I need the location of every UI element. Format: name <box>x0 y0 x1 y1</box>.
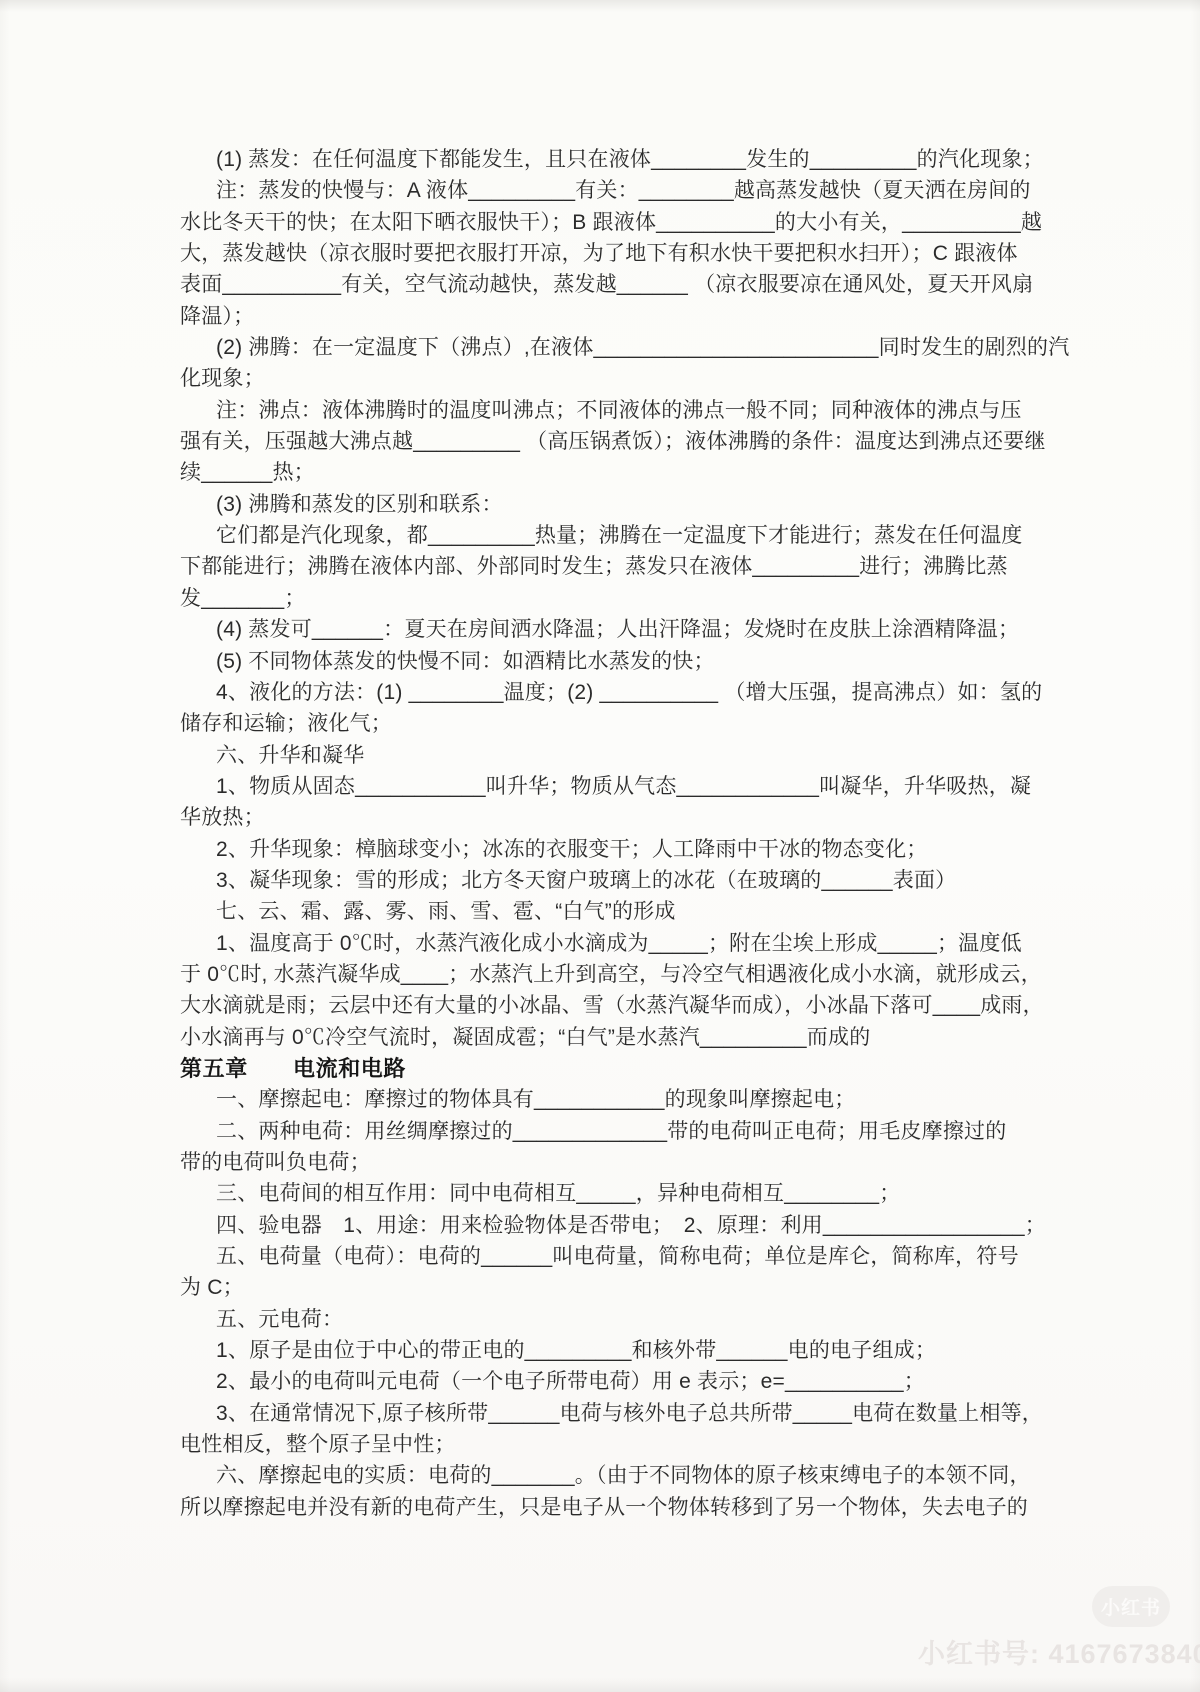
text-line: 三、电荷间的相互作用：同中电荷相互_____，异种电荷相互________； <box>180 1178 1030 1209</box>
text-line: 五、电荷量（电荷）：电荷的______叫电荷量，简称电荷；单位是库仑，简称库，符… <box>180 1241 1030 1272</box>
text-line: 所以摩擦起电并没有新的电荷产生，只是电子从一个物体转移到了另一个物体，失去电子的 <box>180 1492 1030 1523</box>
text-line: 3、在通常情况下,原子核所带______电荷与核外电子总共所带_____电荷在数… <box>180 1398 1030 1429</box>
xiaohongshu-id-watermark: 小红书号: 4167673840 <box>918 1632 1200 1671</box>
xiaohongshu-badge-label: 小红书 <box>1101 1593 1161 1620</box>
text-line: 表面__________有关，空气流动越快，蒸发越______ （凉衣服要凉在通… <box>180 269 1030 300</box>
text-line: 下都能进行；沸腾在液体内部、外部同时发生；蒸发只在液体_________进行；沸… <box>180 551 1030 582</box>
text-line: 注：蒸发的快慢与：A 液体_________有关：________越高蒸发越快（… <box>180 175 1030 206</box>
text-line: 四、验电器 1、用途：用来检验物体是否带电； 2、原理：利用__________… <box>180 1210 1030 1241</box>
text-line: 化现象； <box>180 363 1030 394</box>
text-line: 水比冬天干的快；在太阳下晒衣服快干）；B 跟液体__________的大小有关，… <box>180 207 1030 238</box>
text-line: 为 C； <box>180 1272 1030 1303</box>
text-line: 于 0℃时, 水蒸汽凝华成____；水蒸汽上升到高空，与冷空气相遇液化成小水滴，… <box>180 959 1030 990</box>
text-line: 1、物质从固态___________叫升华；物质从气态____________叫… <box>180 771 1030 802</box>
text-line: 华放热； <box>180 802 1030 833</box>
chapter-heading: 第五章 电流和电路 <box>180 1053 1030 1084</box>
text-line: 1、原子是由位于中心的带正电的_________和核外带______电的电子组成… <box>180 1335 1030 1366</box>
text-line: 五、元电荷： <box>180 1304 1030 1335</box>
text-line: 强有关，压强越大沸点越_________ （高压锅煮饭）；液体沸腾的条件：温度达… <box>180 426 1030 457</box>
text-line: 七、云、霜、露、雾、雨、雪、雹、“白气”的形成 <box>180 896 1030 927</box>
text-line: 小水滴再与 0℃冷空气流时，凝固成雹；“白气”是水蒸汽_________而成的 <box>180 1022 1030 1053</box>
text-line: 它们都是汽化现象，都_________热量；沸腾在一定温度下才能进行；蒸发在任何… <box>180 520 1030 551</box>
text-line: (2) 沸腾：在一定温度下（沸点）,在液体___________________… <box>180 332 1030 363</box>
text-line: 1、温度高于 0℃时，水蒸汽液化成小水滴成为_____；附在尘埃上形成_____… <box>180 928 1030 959</box>
text-line: 3、凝华现象：雪的形成；北方冬天窗户玻璃上的冰花（在玻璃的______表面） <box>180 865 1030 896</box>
xiaohongshu-badge: 小红书 <box>1092 1586 1170 1627</box>
text-line: 储存和运输；液化气； <box>180 708 1030 739</box>
text-line: 一、摩擦起电：摩擦过的物体具有___________的现象叫摩擦起电； <box>180 1084 1030 1115</box>
text-line: 降温）； <box>180 301 1030 332</box>
text-line: 注：沸点：液体沸腾时的温度叫沸点；不同液体的沸点一般不同；同种液体的沸点与压 <box>180 395 1030 426</box>
text-line: (1) 蒸发：在任何温度下都能发生，且只在液体________发生的______… <box>180 144 1030 175</box>
document-page: (1) 蒸发：在任何温度下都能发生，且只在液体________发生的______… <box>0 0 1200 1692</box>
text-line: (3) 沸腾和蒸发的区别和联系： <box>180 489 1030 520</box>
text-line: (4) 蒸发可______：夏天在房间洒水降温；人出汗降温；发烧时在皮肤上涂酒精… <box>180 614 1030 645</box>
text-line: 发_______； <box>180 583 1030 614</box>
text-line: 2、最小的电荷叫元电荷（一个电子所带电荷）用 e 表示；e=__________… <box>180 1366 1030 1397</box>
text-line: 大，蒸发越快（凉衣服时要把衣服打开凉，为了地下有积水快干要把积水扫开）；C 跟液… <box>180 238 1030 269</box>
text-line: 大水滴就是雨；云层中还有大量的小冰晶、雪（水蒸汽凝华而成），小冰晶下落可____… <box>180 990 1030 1021</box>
text-line: 续______热； <box>180 457 1030 488</box>
text-line: (5) 不同物体蒸发的快慢不同：如酒精比水蒸发的快； <box>180 646 1030 677</box>
text-line: 4、液化的方法：(1) ________温度；(2) __________ （增… <box>180 677 1030 708</box>
text-line: 2、升华现象：樟脑球变小；冰冻的衣服变干；人工降雨中干冰的物态变化； <box>180 834 1030 865</box>
text-line: 带的电荷叫负电荷； <box>180 1147 1030 1178</box>
text-line: 二、两种电荷：用丝绸摩擦过的_____________带的电荷叫正电荷；用毛皮摩… <box>180 1116 1030 1147</box>
document-text-block: (1) 蒸发：在任何温度下都能发生，且只在液体________发生的______… <box>180 144 1030 1523</box>
text-line: 电性相反，整个原子呈中性； <box>180 1429 1030 1460</box>
text-line: 六、摩擦起电的实质：电荷的_______。（由于不同物体的原子核束缚电子的本领不… <box>180 1460 1030 1491</box>
text-line: 六、升华和凝华 <box>180 740 1030 771</box>
